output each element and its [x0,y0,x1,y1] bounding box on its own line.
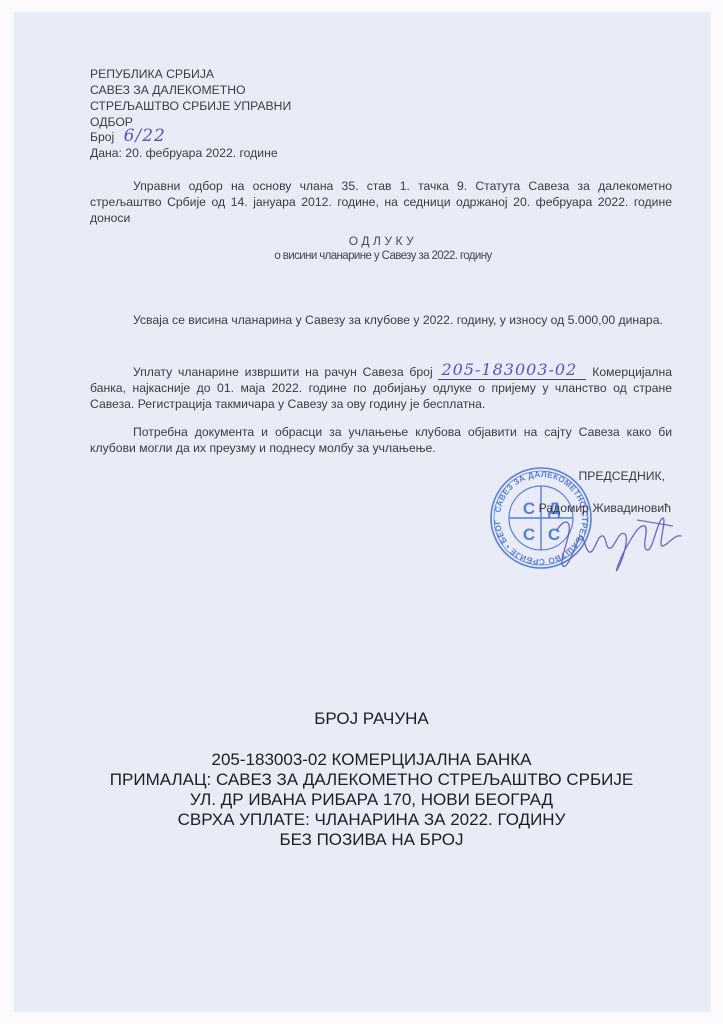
number-label: Број [90,130,114,144]
header-org-line2: СТРЕЉАШТВО СРБИЈЕ УПРАВНИ [90,98,291,114]
handwritten-signature [545,490,685,580]
signatory-role: ПРЕДСЕДНИК, [578,469,665,483]
documents-text: Потребна документа и обрасци за учлањење… [90,425,672,455]
header-org-line1: САВЕЗ ЗА ДАЛЕКОМЕТНО [90,82,246,98]
payment-info-line: УЛ. ДР ИВАНА РИБАРА 170, НОВИ БЕОГРАД [0,790,723,810]
payment-info-line: ПРИМАЛАЦ: САВЕЗ ЗА ДАЛЕКОМЕТНО СТРЕЉАШТВ… [0,770,723,790]
payment-info-line: СВРХА УПЛАТЕ: ЧЛАНАРИНА ЗА 2022. ГОДИНУ [0,810,723,830]
document-date: Дана: 20. фебруара 2022. године [90,145,278,161]
payment-info-line: БЕЗ ПОЗИВА НА БРОЈ [0,830,723,850]
account-number-value: 205-183003-02 [441,360,577,379]
payment-info-heading: БРОЈ РАЧУНА [0,709,723,729]
payment-text-before: Уплату чланарине извршити на рачун Савез… [133,365,433,379]
fee-text: Усваја се висина чланарина у Савезу за к… [133,313,663,327]
decision-title: ОДЛУКУ [0,234,723,248]
fee-paragraph: Усваја се висина чланарина у Савезу за к… [90,312,672,328]
preamble-text: Управни одбор на основу члана 35. став 1… [90,179,672,225]
payment-paragraph: Уплату чланарине извршити на рачун Савез… [90,362,672,412]
account-number-handwritten: 205-183003-02 [438,362,586,380]
number-value: 6/22 [124,126,166,146]
preamble-paragraph: Управни одбор на основу члана 35. став 1… [90,178,672,226]
stamp-letter: С [523,499,535,518]
decision-subtitle: о висини чланарине у Савезу за 2022. год… [0,250,723,262]
payment-info-line: 205-183003-02 КОМЕРЦИЈАЛНА БАНКА [0,750,723,770]
document-number: Број 6/22 [90,128,166,145]
header-country: РЕПУБЛИКА СРБИЈА [90,66,214,82]
stamp-letter: С [523,525,535,544]
documents-paragraph: Потребна документа и обрасци за учлањење… [90,424,672,456]
